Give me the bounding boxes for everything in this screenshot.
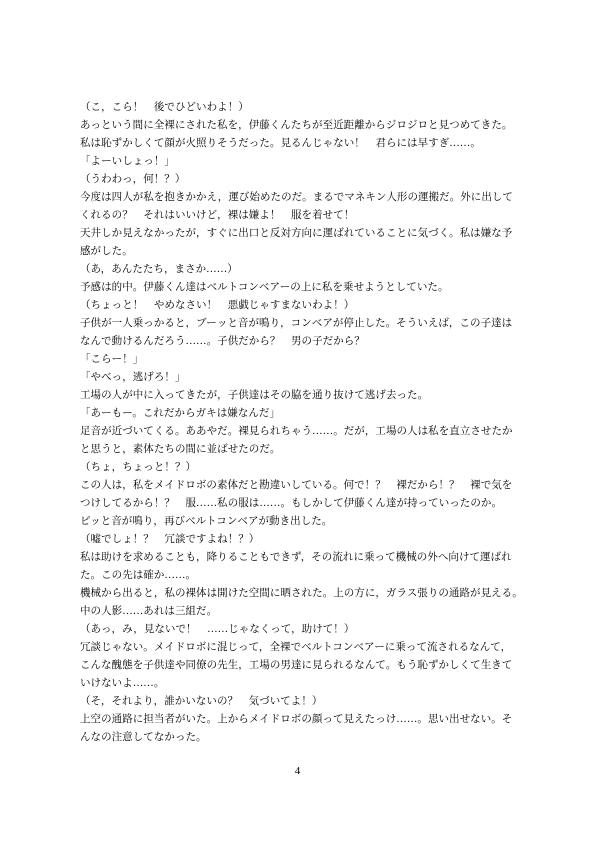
text-line: こんな醜態を子供達や同僚の先生，工場の男達に見られるなんて。もう恥ずかしくて生き… <box>80 657 514 675</box>
text-line: 予感は的中。伊藤くん達はベルトコンベアーの上に私を乗せようとしていた。 <box>80 279 514 297</box>
text-line: 中の人影……あれは三組だ。 <box>80 603 514 621</box>
text-line: 足音が近づいてくる。ああやだ。裸見られちゃう……。だが，工場の人は私を直立させた… <box>80 423 514 441</box>
text-line: 冗談じゃない。メイドロボに混じって，全裸でベルトコンベアーに乗って流されるなんて… <box>80 639 514 657</box>
text-line: 「あーもー。これだからガキは嫌なんだ」 <box>80 405 514 423</box>
text-line: （ちょっと！ やめなさい！ 悪戯じゃすまないわよ！） <box>80 297 514 315</box>
text-line: なんで動けるんだろう……。子供だから？ 男の子だから？ <box>80 333 514 351</box>
text-line: 私は恥ずかしくて顔が火照りそうだった。見るんじゃない！ 君らには早すぎ……。 <box>80 135 514 153</box>
text-body: （こ，こら！ 後でひどいわよ！） あっという間に全裸にされた私を，伊藤くんたちが… <box>80 99 514 747</box>
text-line: 「やべっ，逃げろ！」 <box>80 369 514 387</box>
text-line: 機械から出ると，私の裸体は開けた空間に晒された。上の方に，ガラス張りの通路が見え… <box>80 585 514 603</box>
text-line: 「よーいしょっ！」 <box>80 153 514 171</box>
text-line: 感がした。 <box>80 243 514 261</box>
text-line: いけないよ……。 <box>80 675 514 693</box>
text-line: 私は助けを求めることも，降りることもできず，その流れに乗って機械の外へ向けて運ば… <box>80 549 514 567</box>
text-line: あっという間に全裸にされた私を，伊藤くんたちが至近距離からジロジロと見つめてきた… <box>80 117 514 135</box>
text-line: （あっ，み，見ないで！ ……じゃなくって，助けて！） <box>80 621 514 639</box>
text-line: この人は，私をメイドロボの素体だと勘違いしている。何で！？ 裸だから！？ 裸で気… <box>80 477 514 495</box>
text-line: （あ，あんたたち，まさか……） <box>80 261 514 279</box>
text-line: （うわわっ，何！？） <box>80 171 514 189</box>
text-line: くれるの？ それはいいけど，裸は嫌よ！ 服を着せて！ <box>80 207 514 225</box>
text-line: （ちょ，ちょっと！？） <box>80 459 514 477</box>
document-page: （こ，こら！ 後でひどいわよ！） あっという間に全裸にされた私を，伊藤くんたちが… <box>0 0 595 842</box>
text-line: 今度は四人が私を抱きかかえ，運び始めたのだ。まるでマネキン人形の運搬だ。外に出し… <box>80 189 514 207</box>
page-number: 4 <box>0 763 595 779</box>
text-line: ピッと音が鳴り，再びベルトコンベアが動き出した。 <box>80 513 514 531</box>
text-line: んなの注意してなかった。 <box>80 729 514 747</box>
text-line: た。この先は確か……。 <box>80 567 514 585</box>
text-line: （そ，それより，誰かいないの？ 気づいてよ！） <box>80 693 514 711</box>
text-line: （こ，こら！ 後でひどいわよ！） <box>80 99 514 117</box>
text-line: つけしてるから！？ 服……私の服は……。もしかして伊藤くん達が持っていったのか。 <box>80 495 514 513</box>
text-line: 子供が一人乗っかると，ブーッと音が鳴り，コンベアが停止した。そういえば，この子達… <box>80 315 514 333</box>
text-line: 上空の通路に担当者がいた。上からメイドロボの顔って見えたっけ……。思い出せない。… <box>80 711 514 729</box>
text-line: （嘘でしょ！？ 冗談ですよね！？） <box>80 531 514 549</box>
text-line: 天井しか見えなかったが，すぐに出口と反対方向に運ばれていることに気づく。私は嫌な… <box>80 225 514 243</box>
text-line: と思うと，素体たちの間に並ばせたのだ。 <box>80 441 514 459</box>
text-line: 工場の人が中に入ってきたが，子供達はその脇を通り抜けて逃げ去った。 <box>80 387 514 405</box>
text-line: 「こらー！」 <box>80 351 514 369</box>
